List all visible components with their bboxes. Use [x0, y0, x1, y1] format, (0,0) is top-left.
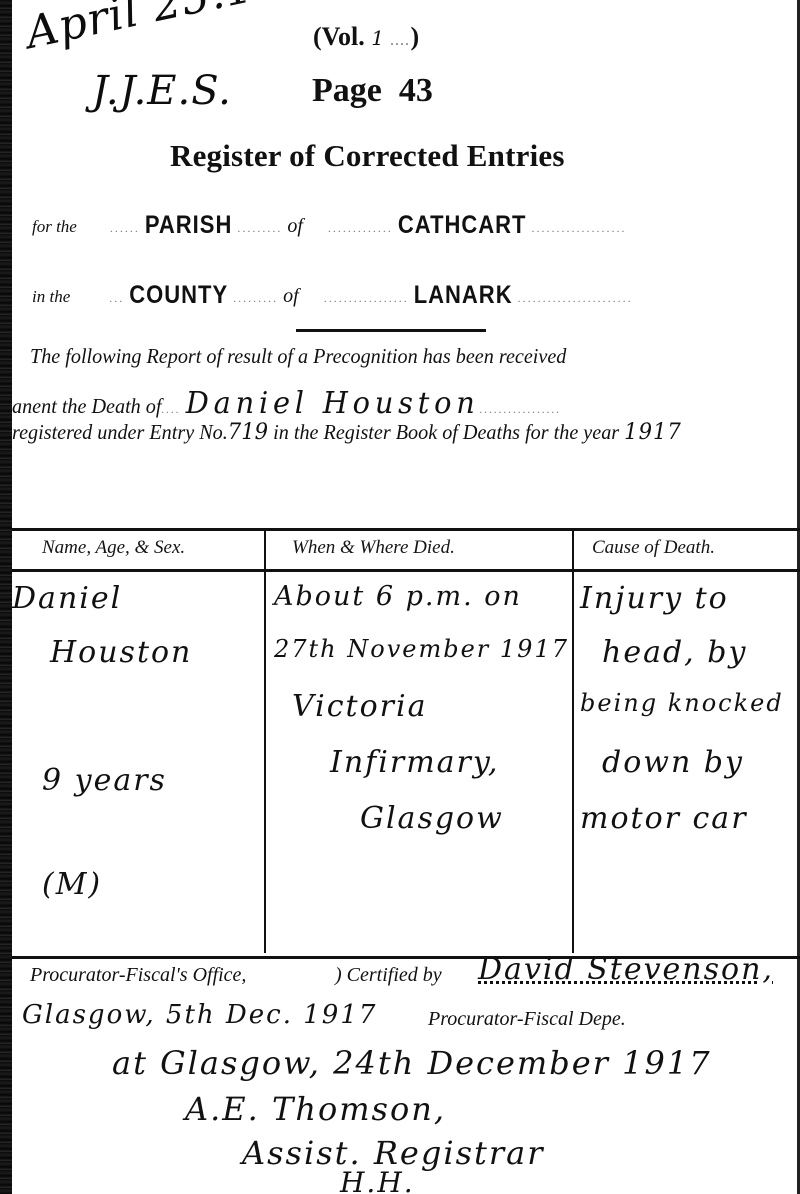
name-first: Daniel	[12, 581, 122, 616]
report-line-2-prefix: anent the Death of	[12, 394, 161, 418]
dotted-leader: .........	[237, 221, 282, 235]
certified-label: Certified by	[347, 964, 442, 986]
county-lead: in the	[32, 287, 70, 306]
report-line-3-prefix: registered under Entry No.	[12, 420, 228, 444]
parish-type: PARISH	[145, 210, 233, 240]
county-type: COUNTY	[129, 280, 228, 310]
dotted-leader: .................	[480, 402, 562, 416]
pf-office-label: Procurator-Fiscal's Office,	[30, 964, 246, 987]
dotted-leader: .............	[328, 221, 393, 235]
dotted-leader: ...................	[532, 221, 627, 235]
dotted-leader: .........	[233, 291, 278, 305]
parish-name: CATHCART	[398, 210, 527, 240]
parish-row: for the ...... PARISH ......... of .....…	[32, 212, 627, 238]
county-name: LANARK	[414, 280, 513, 310]
header-cause: Cause of Death.	[592, 537, 715, 559]
report-line-1: The following Report of result of a Prec…	[30, 344, 566, 369]
header-when-where: When & Where Died.	[292, 537, 455, 559]
page-value: 43	[399, 72, 433, 109]
deceased-name: Daniel Houston	[186, 386, 480, 421]
dotted-leader: .......................	[518, 291, 633, 305]
sex: (M)	[42, 867, 102, 902]
annotation-date: April 25.1918	[21, 0, 343, 59]
register-year: 1917	[624, 420, 682, 445]
registrar-name: A.E. Thomson,	[185, 1090, 446, 1128]
death-place-3: Glasgow	[360, 801, 504, 836]
death-time: About 6 p.m. on	[274, 581, 522, 612]
cause-line-3: being knocked	[580, 689, 784, 717]
death-place-1: Victoria	[292, 689, 427, 724]
pf-office-place-date: Glasgow, 5th Dec. 1917	[22, 1000, 377, 1030]
page-label: Page	[312, 72, 382, 109]
cause-line-4: down by	[602, 745, 744, 780]
county-row: in the ... COUNTY ......... of .........…	[32, 282, 633, 308]
cause-line-1: Injury to	[580, 581, 729, 616]
entry-number: 719	[228, 420, 268, 445]
dotted-leader: ...	[109, 291, 124, 305]
volume-label: (Vol. 1 ....)	[313, 22, 419, 52]
parish-of: of	[287, 215, 303, 237]
registrar-initials-stamp: J.J.E.S.	[92, 68, 232, 114]
volume-value: 1	[371, 26, 384, 50]
corrected-entry-table: Name, Age, & Sex. When & Where Died. Cau…	[12, 528, 800, 959]
column-divider	[264, 531, 266, 953]
dotted-leader: ......	[110, 221, 140, 235]
registrar-initials: H.H.	[340, 1166, 415, 1194]
certifier-name: David Stevenson,	[478, 952, 774, 987]
dotted-leader: .................	[324, 291, 409, 305]
death-place-2: Infirmary,	[330, 745, 499, 780]
scan-binding-edge	[0, 0, 12, 1194]
death-date: 27th November 1917	[274, 635, 569, 663]
report-line-3: registered under Entry No.719 in the Reg…	[12, 420, 682, 445]
report-line-2: anent the Death of.... Daniel Houston...…	[12, 386, 561, 421]
registration-line: at Glasgow, 24th December 1917	[112, 1044, 712, 1082]
certified-by-label: ) Certified by	[335, 964, 442, 987]
name-surname: Houston	[50, 635, 192, 670]
dotted-leader: ....	[161, 402, 180, 416]
certified-bracket: )	[335, 964, 342, 986]
volume-prefix: (Vol.	[313, 22, 365, 51]
document-title: Register of Corrected Entries	[170, 138, 565, 174]
report-line-3-middle: in the Register Book of Deaths for the y…	[273, 420, 619, 444]
column-divider	[572, 531, 574, 953]
volume-dots: ....	[391, 34, 411, 48]
certifier-title: Procurator-Fiscal Depe.	[428, 1008, 626, 1031]
table-header-row: Name, Age, & Sex. When & Where Died. Cau…	[12, 531, 800, 572]
header-separator	[296, 329, 486, 332]
page-number: Page 43	[312, 72, 433, 110]
volume-close: )	[411, 22, 420, 51]
age: 9 years	[42, 763, 167, 798]
county-of: of	[283, 285, 299, 307]
cause-line-5: motor car	[580, 801, 748, 836]
parish-lead: for the	[32, 217, 77, 236]
header-name-age-sex: Name, Age, & Sex.	[42, 537, 185, 559]
cause-line-2: head, by	[602, 635, 747, 670]
